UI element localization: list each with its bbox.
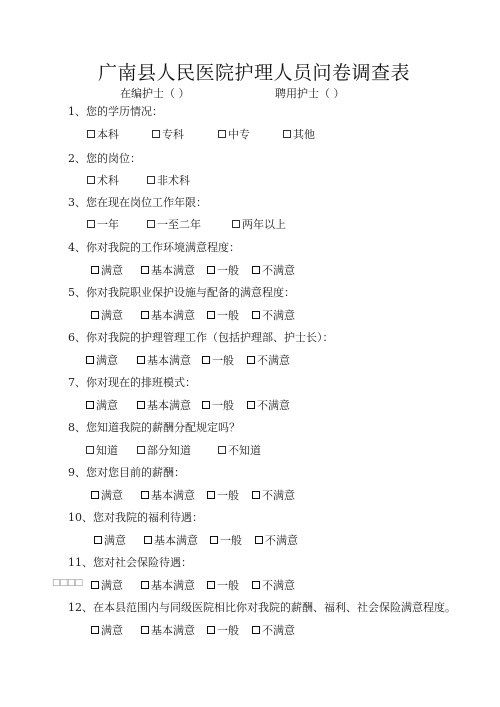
option-q5-unsatisfied[interactable]: 不满意 [252, 307, 295, 323]
option-q9-satisfied[interactable]: 满意 [91, 487, 123, 503]
checkbox-icon[interactable] [283, 130, 291, 138]
question-8: 8、您知道我院的薪酬分配规定吗？ [68, 419, 240, 435]
checkbox-icon[interactable] [207, 626, 215, 634]
checkbox-icon[interactable] [255, 536, 263, 544]
on-staff-nurse-field: 在编护士（ ） [120, 85, 190, 101]
checkbox-icon[interactable] [207, 266, 215, 274]
checkbox-icon[interactable] [247, 401, 255, 409]
checkbox-icon[interactable] [141, 581, 149, 589]
checkbox-icon[interactable] [202, 401, 210, 409]
checkbox-icon[interactable] [207, 581, 215, 589]
question-4: 4、你对我院的工作环境满意程度： [68, 239, 240, 255]
checkbox-icon[interactable] [137, 401, 145, 409]
question-10: 10、您对我院的福利待遇： [68, 509, 203, 525]
checkbox-icon[interactable] [141, 266, 149, 274]
checkbox-icon[interactable] [91, 581, 99, 589]
option-q11-mostly-satisfied[interactable]: 基本满意 [141, 577, 195, 593]
option-q5-average[interactable]: 一般 [207, 307, 239, 323]
option-q1-bachelor[interactable]: 本科 [87, 126, 119, 142]
checkbox-icon[interactable] [137, 446, 145, 454]
option-q11-average[interactable]: 一般 [207, 577, 239, 593]
option-q10-mostly-satisfied[interactable]: 基本满意 [144, 532, 198, 548]
checkbox-icon[interactable] [152, 130, 160, 138]
checkbox-icon[interactable] [87, 220, 95, 228]
option-q8-dont-know[interactable]: 不知道 [218, 442, 261, 458]
option-q6-unsatisfied[interactable]: 不满意 [247, 352, 290, 368]
question-11: 11、您对社会保险待遇： [68, 554, 192, 570]
question-9: 9、您对您目前的薪酬： [68, 464, 185, 480]
option-q8-know[interactable]: 知道 [86, 442, 118, 458]
checkbox-icon[interactable] [252, 581, 260, 589]
checkbox-icon[interactable] [86, 446, 94, 454]
checkbox-icon[interactable] [141, 626, 149, 634]
option-q11-satisfied[interactable]: 满意 [91, 577, 123, 593]
option-q12-unsatisfied[interactable]: 不满意 [252, 622, 295, 638]
option-q5-mostly-satisfied[interactable]: 基本满意 [141, 307, 195, 323]
checkbox-icon[interactable] [247, 356, 255, 364]
option-q4-average[interactable]: 一般 [207, 262, 239, 278]
checkbox-icon[interactable] [87, 176, 95, 184]
option-q7-unsatisfied[interactable]: 不满意 [247, 397, 290, 413]
option-q4-unsatisfied[interactable]: 不满意 [252, 262, 295, 278]
option-q2-surgical[interactable]: 术科 [87, 172, 119, 188]
checkbox-icon[interactable] [91, 266, 99, 274]
checkbox-icon[interactable] [94, 536, 102, 544]
option-q11-unsatisfied[interactable]: 不满意 [252, 577, 295, 593]
option-q1-other[interactable]: 其他 [283, 126, 315, 142]
checkbox-icon[interactable] [252, 266, 260, 274]
option-q9-mostly-satisfied[interactable]: 基本满意 [141, 487, 195, 503]
question-7: 7、你对现在的排班模式： [68, 374, 196, 390]
checkbox-icon[interactable] [87, 130, 95, 138]
option-q7-mostly-satisfied[interactable]: 基本满意 [137, 397, 191, 413]
contract-nurse-field: 聘用护士（ ） [275, 85, 345, 101]
checkbox-icon[interactable] [91, 626, 99, 634]
option-q1-technical[interactable]: 中专 [218, 126, 250, 142]
checkbox-icon[interactable] [252, 491, 260, 499]
question-3: 3、您在现在岗位工作年限： [68, 194, 207, 210]
option-q3-one-to-two-years[interactable]: 一至二年 [147, 216, 201, 232]
option-q7-average[interactable]: 一般 [202, 397, 234, 413]
option-q3-one-year[interactable]: 一年 [87, 216, 119, 232]
option-q9-average[interactable]: 一般 [207, 487, 239, 503]
option-q1-college[interactable]: 专科 [152, 126, 184, 142]
option-q10-unsatisfied[interactable]: 不满意 [255, 532, 298, 548]
checkbox-icon[interactable] [202, 356, 210, 364]
checkbox-icon[interactable] [137, 356, 145, 364]
checkbox-icon[interactable] [91, 311, 99, 319]
checkbox-icon[interactable] [86, 356, 94, 364]
option-q6-mostly-satisfied[interactable]: 基本满意 [137, 352, 191, 368]
document-title: 广南县人民医院护理人员问卷调查表 [98, 58, 410, 85]
option-q4-satisfied[interactable]: 满意 [91, 262, 123, 278]
option-q12-satisfied[interactable]: 满意 [91, 622, 123, 638]
checkbox-icon[interactable] [207, 491, 215, 499]
option-q10-satisfied[interactable]: 满意 [94, 532, 126, 548]
question-1: 1、您的学历情况： [68, 103, 163, 119]
checkbox-icon[interactable] [207, 311, 215, 319]
option-q7-satisfied[interactable]: 满意 [86, 397, 118, 413]
question-6: 6、你对我院的护理管理工作（包括护理部、护士长）： [68, 329, 334, 345]
checkbox-icon[interactable] [252, 626, 260, 634]
checkbox-icon[interactable] [147, 176, 155, 184]
option-q2-non-surgical[interactable]: 非术科 [147, 172, 190, 188]
option-q10-average[interactable]: 一般 [210, 532, 242, 548]
checkbox-icon[interactable] [91, 491, 99, 499]
checkbox-icon[interactable] [147, 220, 155, 228]
option-q12-average[interactable]: 一般 [207, 622, 239, 638]
checkbox-icon[interactable] [144, 536, 152, 544]
option-q4-mostly-satisfied[interactable]: 基本满意 [141, 262, 195, 278]
checkbox-icon[interactable] [218, 130, 226, 138]
question-5: 5、你对我院职业保护设施与配备的满意程度： [68, 284, 295, 300]
checkbox-icon[interactable] [86, 401, 94, 409]
checkbox-icon[interactable] [218, 446, 226, 454]
option-q8-partly-know[interactable]: 部分知道 [137, 442, 191, 458]
checkbox-icon[interactable] [141, 491, 149, 499]
question-12: 12、在本县范围内与同级医院相比你对我院的薪酬、福利、社会保险满意程度。 [68, 599, 456, 615]
option-q12-mostly-satisfied[interactable]: 基本满意 [141, 622, 195, 638]
option-q6-average[interactable]: 一般 [202, 352, 234, 368]
question-2: 2、您的岗位： [68, 150, 141, 166]
option-q3-over-two-years[interactable]: 两年以上 [232, 216, 286, 232]
option-q5-satisfied[interactable]: 满意 [91, 307, 123, 323]
checkbox-icon[interactable] [232, 220, 240, 228]
checkbox-icon[interactable] [141, 311, 149, 319]
option-q6-satisfied[interactable]: 满意 [86, 352, 118, 368]
option-q9-unsatisfied[interactable]: 不满意 [252, 487, 295, 503]
stray-glyphs: □□□□ [52, 578, 82, 588]
checkbox-icon[interactable] [252, 311, 260, 319]
checkbox-icon[interactable] [210, 536, 218, 544]
